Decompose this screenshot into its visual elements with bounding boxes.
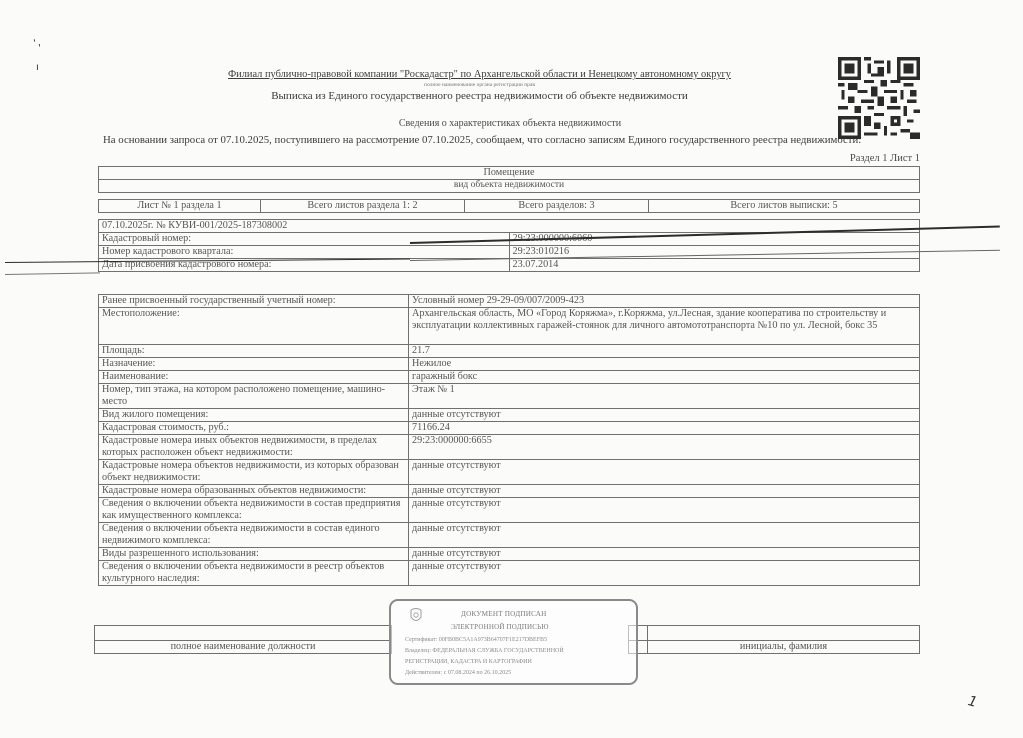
object-type-caption: вид объекта недвижимости: [99, 180, 920, 193]
stamp-validity: Действителен: с 07.08.2024 по 26.10.2025: [405, 668, 511, 679]
name-caption: инициалы, фамилия: [648, 641, 920, 654]
characteristic-value: Условный номер 29-29-09/007/2009-423: [409, 295, 920, 308]
characteristic-label: Сведения о включении объекта недвижимост…: [99, 523, 409, 548]
handwritten-page-mark: 1: [966, 693, 979, 711]
cadastral-quarter-label: Номер кадастрового квартала:: [99, 246, 510, 259]
characteristic-label: Виды разрешенного использования:: [99, 548, 409, 561]
section-sheets-total: Всего листов раздела 1: 2: [261, 200, 465, 213]
table-row: Вид жилого помещения:данные отсутствуют: [99, 409, 920, 422]
section-title: Сведения о характеристиках объекта недви…: [300, 118, 720, 129]
sections-total: Всего разделов: 3: [465, 200, 649, 213]
table-row: Виды разрешенного использования:данные о…: [99, 548, 920, 561]
characteristic-value: Нежилое: [409, 358, 920, 371]
characteristic-value: 71166.24: [409, 422, 920, 435]
characteristic-label: Площадь:: [99, 345, 409, 358]
table-row: Сведения о включении объекта недвижимост…: [99, 498, 920, 523]
sheet-number: Лист № 1 раздела 1: [99, 200, 261, 213]
characteristic-value: данные отсутствуют: [409, 485, 920, 498]
electronic-signature-stamp: ДОКУМЕНТ ПОДПИСАН ЭЛЕКТРОННОЙ ПОДПИСЬЮ С…: [389, 599, 638, 685]
characteristic-label: Местоположение:: [99, 308, 409, 345]
cadastral-number-label: Кадастровый номер:: [99, 233, 510, 246]
position-field: [95, 626, 392, 641]
characteristic-value: данные отсутствуют: [409, 548, 920, 561]
characteristic-value: данные отсутствуют: [409, 409, 920, 422]
organization-name: Филиал публично-правовой компании "Роска…: [212, 69, 747, 80]
object-type-table: Помещение вид объекта недвижимости: [98, 166, 920, 193]
qr-code-icon: [838, 57, 920, 139]
characteristic-value: Этаж № 1: [409, 384, 920, 409]
characteristic-label: Сведения о включении объекта недвижимост…: [99, 561, 409, 586]
document-title: Выписка из Единого государственного реес…: [212, 90, 747, 102]
characteristic-value: гаражный бокс: [409, 371, 920, 384]
characteristic-label: Назначение:: [99, 358, 409, 371]
sheet-info-table: Лист № 1 раздела 1 Всего листов раздела …: [98, 199, 920, 213]
characteristic-label: Сведения о включении объекта недвижимост…: [99, 498, 409, 523]
characteristic-label: Кадастровые номера иных объектов недвижи…: [99, 435, 409, 460]
extract-sheets-total: Всего листов выписки: 5: [649, 200, 920, 213]
sheet-reference: Раздел 1 Лист 1: [800, 153, 920, 164]
characteristic-value: данные отсутствуют: [409, 460, 920, 485]
name-field: [648, 626, 920, 641]
stamp-owner: Владелец: ФЕДЕРАЛЬНАЯ СЛУЖБА ГОСУДАРСТВЕ…: [405, 646, 564, 657]
pen-stroke: [5, 272, 100, 275]
handwritten-mark: ʼ,: [32, 37, 42, 50]
table-row: Местоположение:Архангельская область, МО…: [99, 308, 920, 345]
table-row: Номер, тип этажа, на котором расположено…: [99, 384, 920, 409]
table-row: Кадастровая стоимость, руб.:71166.24: [99, 422, 920, 435]
characteristic-label: Ранее присвоенный государственный учетны…: [99, 295, 409, 308]
table-row: Кадастровые номера иных объектов недвижи…: [99, 435, 920, 460]
registration-table: 07.10.2025г. № КУВИ-001/2025-187308002 К…: [98, 219, 920, 272]
table-row: Наименование:гаражный бокс: [99, 371, 920, 384]
characteristic-value: данные отсутствуют: [409, 498, 920, 523]
stamp-owner-cont: РЕГИСТРАЦИИ, КАДАСТРА И КАРТОГРАФИИ: [405, 657, 532, 668]
table-row: Ранее присвоенный государственный учетны…: [99, 295, 920, 308]
assignment-date-value: 23.07.2014: [509, 259, 920, 272]
characteristic-label: Кадастровые номера объектов недвижимости…: [99, 460, 409, 485]
intro-text: На основании запроса от 07.10.2025, пост…: [103, 134, 923, 146]
characteristics-table: Ранее присвоенный государственный учетны…: [98, 294, 920, 586]
stamp-subtitle: ЭЛЕКТРОННОЙ ПОДПИСЬЮ: [451, 622, 549, 633]
characteristic-value: Архангельская область, МО «Город Коряжма…: [409, 308, 920, 345]
table-row: Назначение:Нежилое: [99, 358, 920, 371]
characteristic-value: данные отсутствуют: [409, 523, 920, 548]
coat-of-arms-icon: [409, 607, 423, 625]
table-row: Сведения о включении объекта недвижимост…: [99, 523, 920, 548]
table-row: Сведения о включении объекта недвижимост…: [99, 561, 920, 586]
characteristic-value: данные отсутствуют: [409, 561, 920, 586]
stamp-certificate: Сертификат: 00FB0BC5A1A973B64707F1E217DB…: [405, 635, 547, 646]
characteristic-label: Вид жилого помещения:: [99, 409, 409, 422]
characteristic-label: Кадастровая стоимость, руб.:: [99, 422, 409, 435]
organization-caption: полное наименование органа регистрации п…: [212, 82, 747, 88]
table-row: Площадь:21.7: [99, 345, 920, 358]
characteristic-value: 29:23:000000:6655: [409, 435, 920, 460]
characteristic-label: Кадастровые номера образованных объектов…: [99, 485, 409, 498]
object-type: Помещение: [99, 167, 920, 180]
table-row: Кадастровые номера образованных объектов…: [99, 485, 920, 498]
position-caption: полное наименование должности: [95, 641, 392, 654]
stamp-title: ДОКУМЕНТ ПОДПИСАН: [461, 609, 547, 620]
characteristic-label: Наименование:: [99, 371, 409, 384]
characteristic-label: Номер, тип этажа, на котором расположено…: [99, 384, 409, 409]
characteristic-value: 21.7: [409, 345, 920, 358]
table-row: Кадастровые номера объектов недвижимости…: [99, 460, 920, 485]
handwritten-mark: ı: [36, 62, 39, 73]
